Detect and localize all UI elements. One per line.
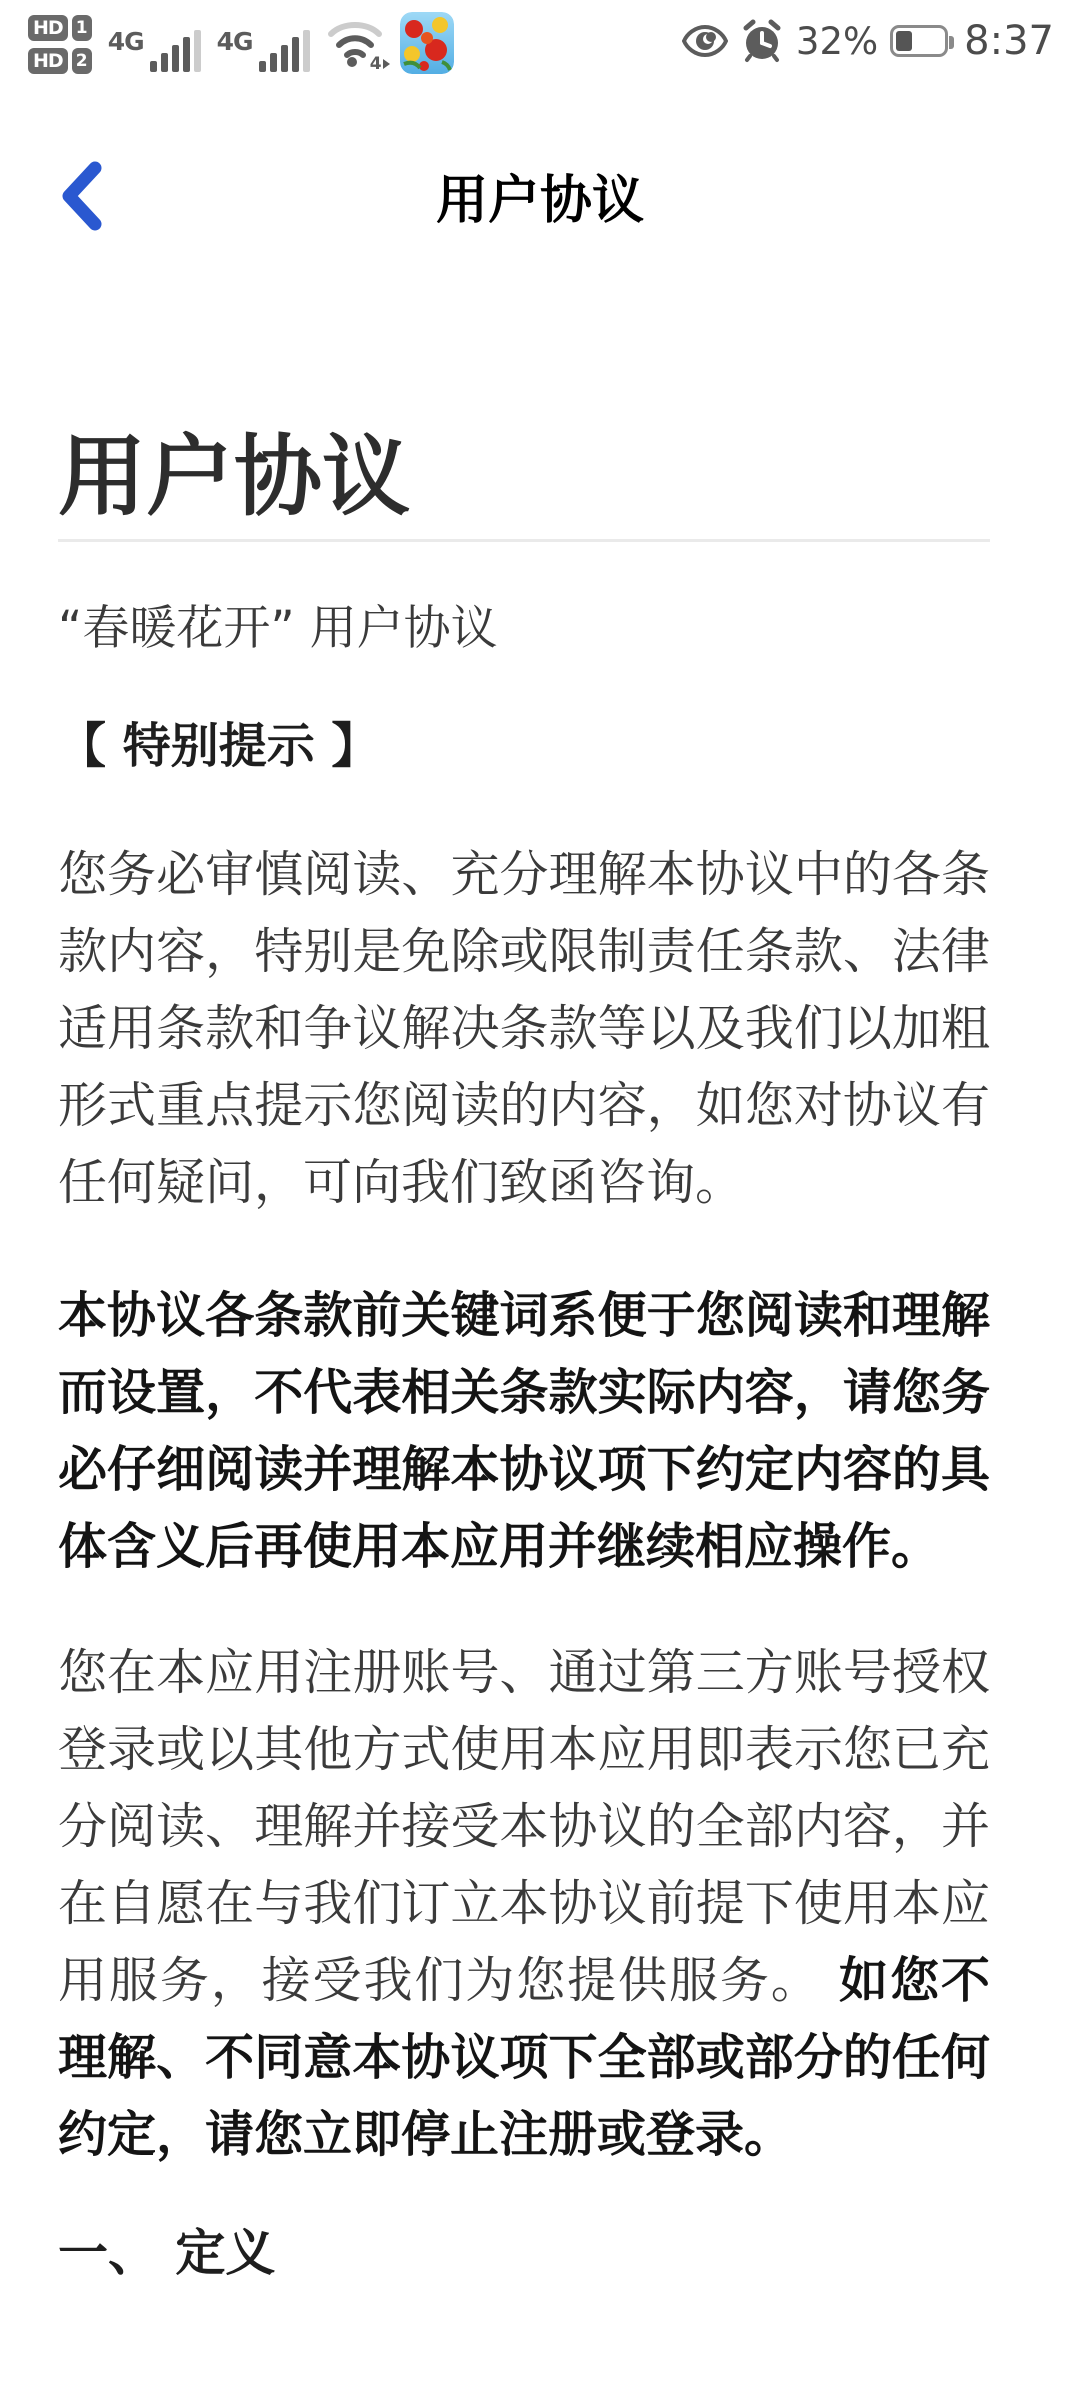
hd-badge: HD [28,48,68,74]
battery-icon [890,25,948,57]
eye-comfort-icon [682,25,728,57]
wifi-speed-tag: 4 [370,54,390,74]
hd-volte-badges: HD 1 HD 2 [28,15,92,74]
screen: HD 1 HD 2 4G 4G [0,0,1080,2388]
section-1-heading: 一、 定义 [58,2222,990,2284]
sim1-badge: 1 [72,15,92,41]
document-subtitle: “春暖花开” 用户协议 [58,598,990,660]
battery-percent-label: 32% [796,20,878,63]
paragraph-1: 您务必审慎阅读、充分理解本协议中的各条款内容，特别是免除或限制责任条款、法律适用… [58,836,990,1221]
hd-sim1-icon: HD 1 [28,15,92,41]
sim2-badge: 2 [72,48,92,74]
paragraph-2-bold: 本协议各条款前关键词系便于您阅读和理解而设置，不代表相关条款实际内容，请您务必仔… [58,1277,990,1585]
network-type-label: 4G [108,27,144,56]
alarm-clock-icon [740,19,784,63]
agreement-document: 用户协议 “春暖花开” 用户协议 【 特别提示 】 您务必审慎阅读、充分理解本协… [58,250,990,2284]
special-notice-heading: 【 特别提示 】 [58,716,990,776]
signal-bars-icon [259,30,310,72]
cell-signal-sim1-icon: 4G [108,27,201,72]
clock-label: 8:37 [964,18,1054,64]
page-title: 用户协议 [0,140,1080,250]
wifi-icon: 4 [326,18,384,72]
status-left-cluster: HD 1 HD 2 4G 4G [28,6,454,76]
cell-signal-sim2-icon: 4G [217,27,310,72]
network-type-label: 4G [217,27,253,56]
flower-app-notification-icon [400,12,454,74]
paragraph-3: 您在本应用注册账号、通过第三方账号授权登录或以其他方式使用本应用即表示您已充分阅… [58,1634,990,2173]
document-heading: 用户协议 [58,425,990,542]
signal-bars-icon [150,30,201,72]
hd-sim2-icon: HD 2 [28,48,92,74]
hd-badge: HD [28,15,68,41]
status-bar: HD 1 HD 2 4G 4G [0,0,1080,80]
status-right-cluster: 32% 8:37 [682,10,1054,72]
nav-bar: 用户协议 [0,140,1080,250]
